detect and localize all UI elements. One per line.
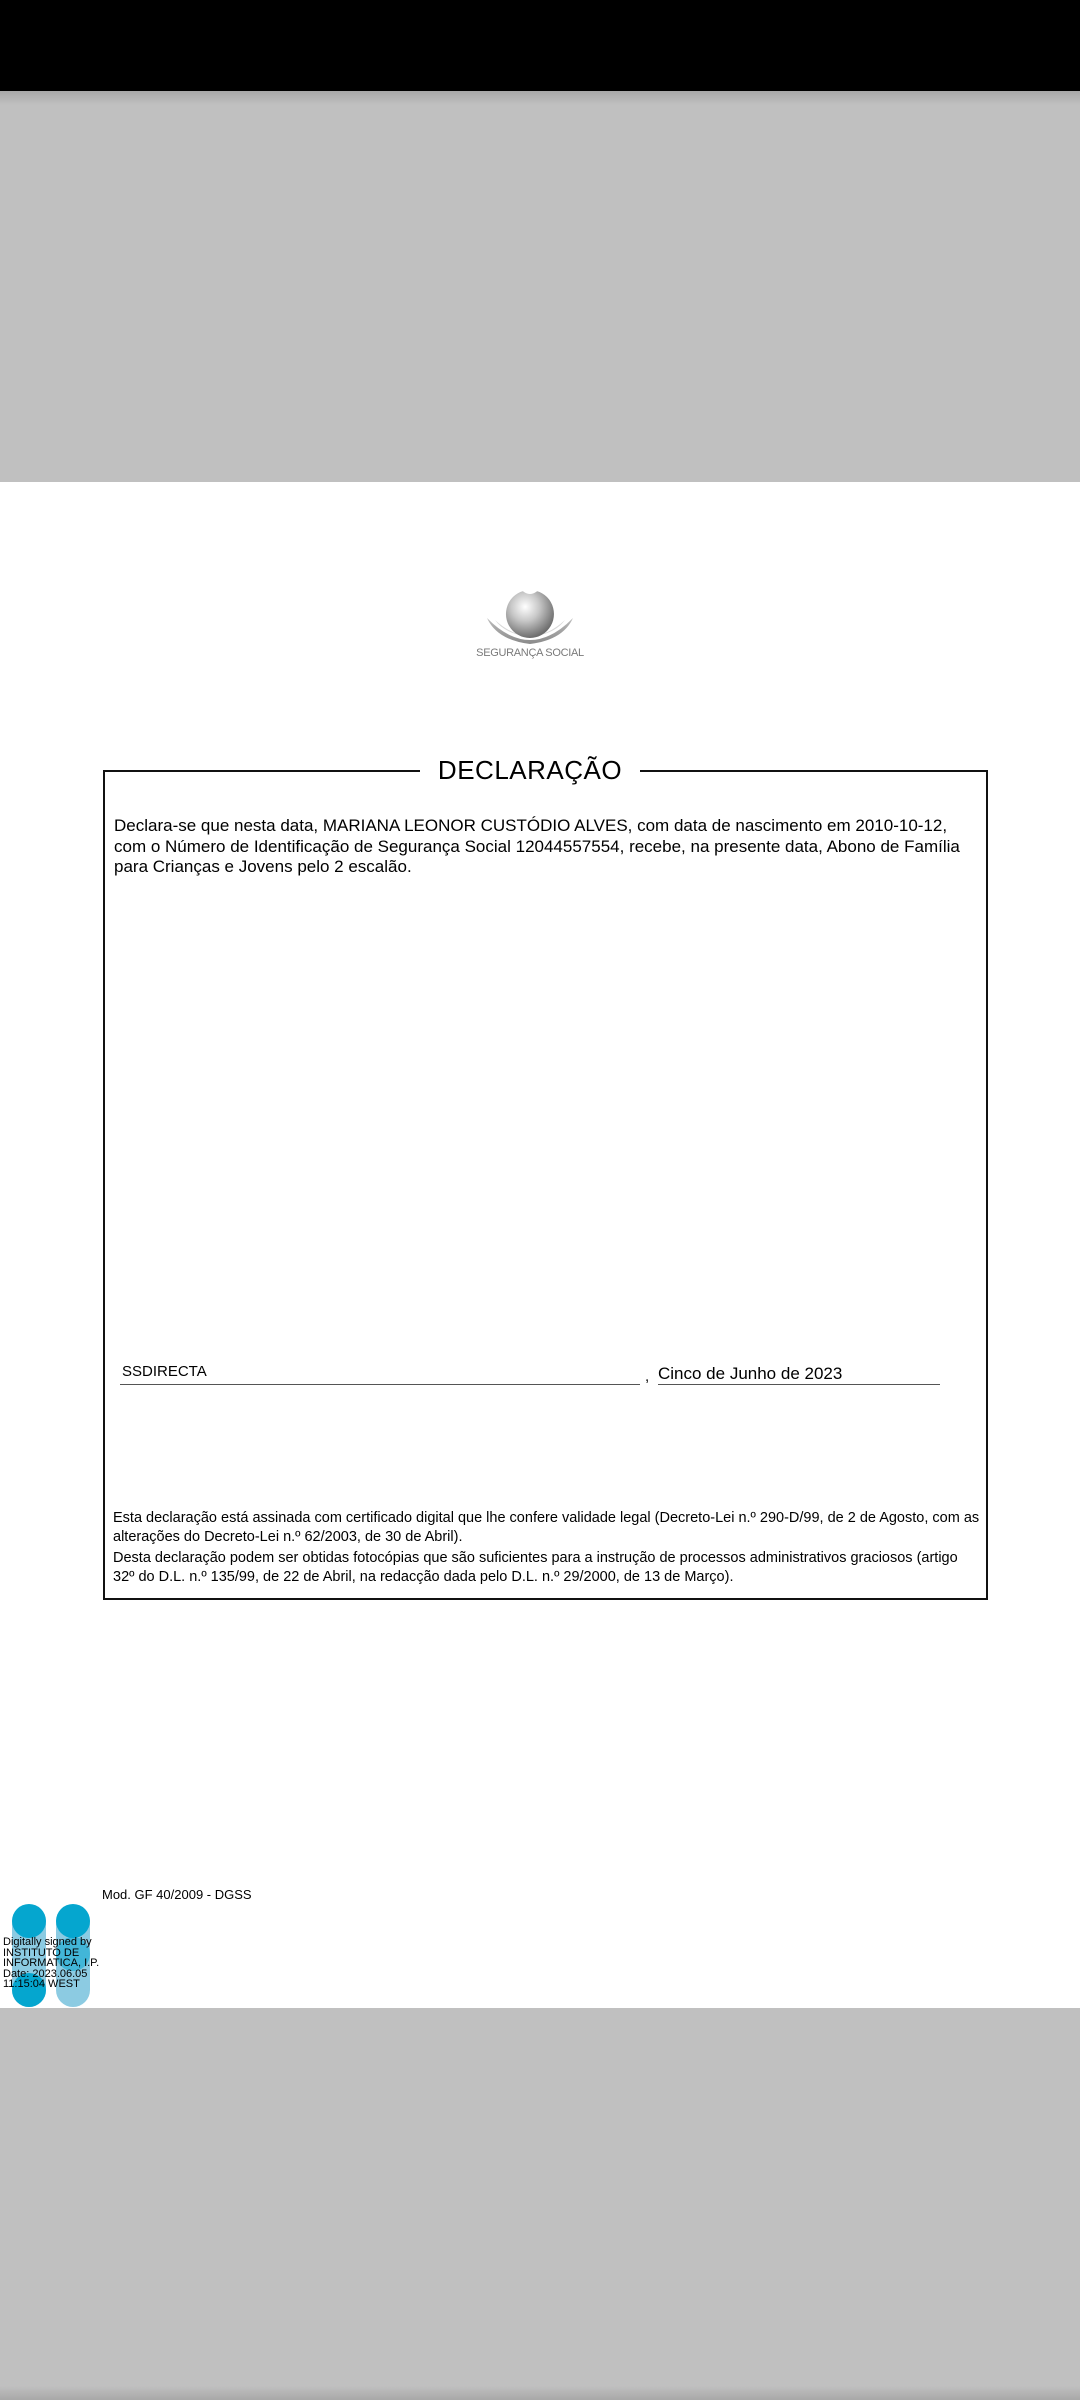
declaration-box: DECLARAÇÃO Declara-se que nesta data, MA… [103, 770, 988, 1600]
signature-separator: , [645, 1368, 649, 1385]
viewer-shadow-top [0, 91, 1080, 105]
signature-dot-icon [12, 1904, 46, 1938]
digital-signature-text: Digitally signed by INSTITUTO DE INFORMA… [3, 1937, 99, 1990]
seguranca-social-emblem-icon [475, 582, 585, 648]
signature-dot-icon [56, 1904, 90, 1938]
declaration-body: Declara-se que nesta data, MARIANA LEONO… [114, 816, 974, 878]
status-bar [0, 0, 1080, 91]
viewer-shadow-bottom [0, 2386, 1080, 2400]
digital-signature-stamp[interactable]: Digitally signed by INSTITUTO DE INFORMA… [0, 1904, 110, 2008]
page-title: DECLARAÇÃO [420, 754, 640, 786]
signature-date: Cinco de Junho de 2023 [658, 1364, 940, 1385]
signature-line: 11:15:04 WEST [3, 1979, 99, 1990]
logo-text: SEGURANÇA SOCIAL [475, 647, 585, 659]
signature-place: SSDIRECTA [120, 1362, 640, 1385]
signature-line: INFORMATICA, I.P. [3, 1958, 99, 1969]
signature-line: Digitally signed by [3, 1937, 99, 1948]
seguranca-social-logo: SEGURANÇA SOCIAL [475, 582, 605, 662]
model-code: Mod. GF 40/2009 - DGSS [102, 1887, 252, 1902]
legal-notes: Esta declaração está assinada com certif… [113, 1509, 983, 1587]
legal-note: Esta declaração está assinada com certif… [113, 1509, 983, 1547]
pdf-page[interactable]: SEGURANÇA SOCIAL DECLARAÇÃO Declara-se q… [0, 482, 1080, 2008]
legal-note: Desta declaração podem ser obtidas fotoc… [113, 1549, 983, 1587]
